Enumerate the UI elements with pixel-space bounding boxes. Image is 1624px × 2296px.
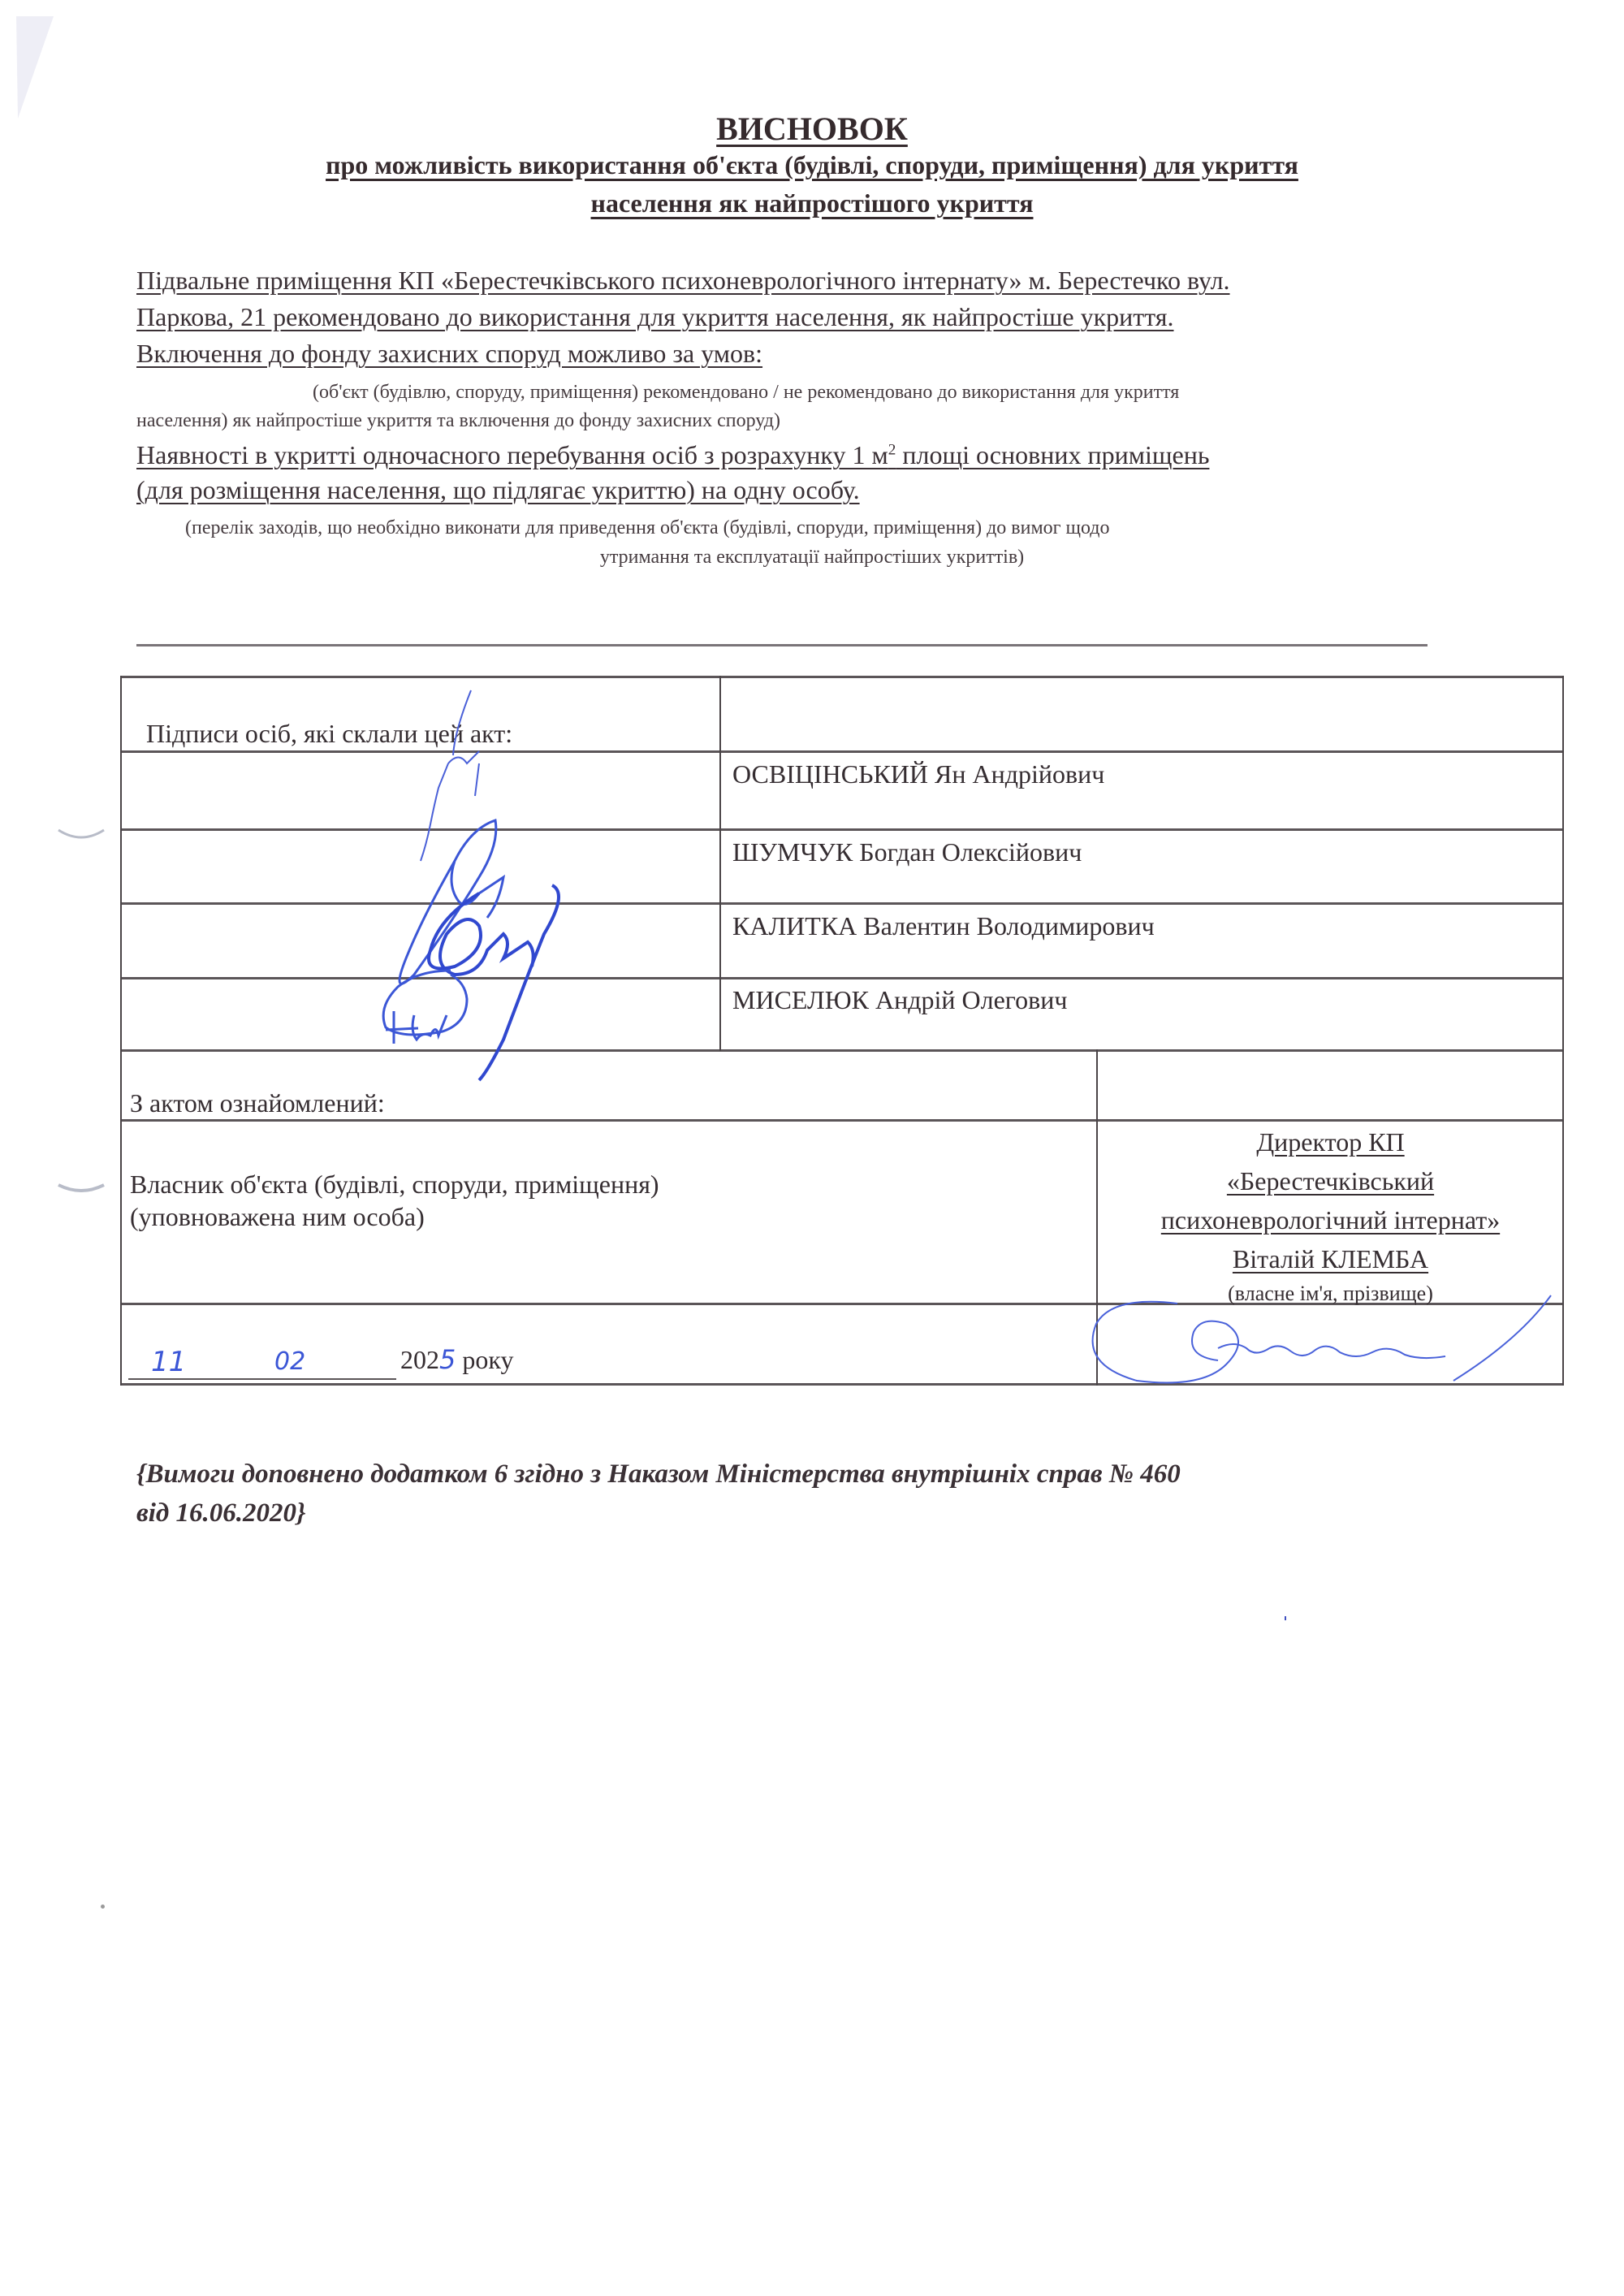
table-border-left (120, 676, 122, 1386)
date-year-prefix: 202 (400, 1345, 439, 1374)
owner-label-line2: (уповноважена ним особа) (130, 1202, 425, 1232)
measures-hint-line2: утримання та експлуатації найпростіших у… (0, 547, 1624, 569)
owner-name: Віталій КЛЕМБА (1233, 1244, 1428, 1273)
measures-line1-sup: 2 (888, 441, 896, 458)
owner-label-line1: Власник об'єкта (будівлі, споруди, примі… (130, 1170, 659, 1200)
scan-speck (101, 1905, 105, 1909)
table-row-line (120, 1119, 1564, 1122)
measures-line1-suffix: площі основних приміщень (896, 440, 1209, 469)
document-subtitle-line2: населення як найпростішого укриття (0, 188, 1624, 218)
signer-name: КАЛИТКА Валентин Володимирович (732, 911, 1155, 941)
conclusion-hint-line1: (об'єкт (будівлю, споруду, приміщення) р… (313, 382, 1179, 404)
signature-klemba (1064, 1291, 1583, 1397)
punch-hole-mark-bottom (57, 1182, 106, 1198)
table-row-line (120, 1049, 1564, 1052)
signer-name: МИСЕЛЮК Андрій Олегович (732, 985, 1067, 1015)
date-field: 11 02 2025 року (128, 1344, 551, 1380)
punch-hole-mark-top (57, 827, 106, 843)
signer-name: ШУМЧУК Богдан Олексійович (732, 837, 1082, 867)
separator-line (136, 644, 1427, 646)
measures-line1-prefix: Наявності в укритті одночасного перебува… (136, 440, 888, 469)
table-row-line (120, 902, 1564, 905)
owner-position-line1: Директор КП (1256, 1127, 1404, 1157)
document-subtitle-line1: про можливість використання об'єкта (буд… (0, 150, 1624, 180)
conclusion-line3: Включення до фонду захисних споруд можли… (136, 339, 762, 369)
table-row-line (120, 828, 1564, 831)
measures-line1: Наявності в укритті одночасного перебува… (136, 440, 1209, 470)
owner-position-line2: «Берестечківський (1227, 1166, 1434, 1196)
date-day: 11 (151, 1346, 186, 1378)
owner-position-line3: психоневрологічний інтернат» (1161, 1205, 1500, 1234)
conclusion-line2: Паркова, 21 рекомендовано до використанн… (136, 302, 1174, 332)
date-suffix: року (456, 1345, 513, 1374)
owner-details: Директор КП «Берестечківський психоневро… (1098, 1122, 1563, 1309)
measures-line2: (для розміщення населення, що підлягає у… (136, 475, 860, 505)
signature-myseliuk (369, 966, 532, 1064)
footer-note-line1: {Вимоги доповнено додатком 6 згідно з На… (136, 1459, 1181, 1490)
document-title: ВИСНОВОК (0, 110, 1624, 148)
conclusion-line1: Підвальне приміщення КП «Берестечківсько… (136, 266, 1230, 296)
table-column-divider-upper (719, 676, 721, 1051)
measures-hint-line1: (перелік заходів, що необхідно виконати … (185, 517, 1110, 539)
table-border-top (120, 676, 1564, 678)
table-row-line (120, 977, 1564, 979)
acquainted-label: З актом ознайомлений: (130, 1088, 385, 1118)
scan-speck (1285, 1616, 1286, 1620)
date-month: 02 (274, 1347, 305, 1376)
table-row-line (120, 750, 1564, 753)
scan-corner-artifact (15, 15, 63, 120)
conclusion-hint-line2: населення) як найпростіше укриття та вкл… (136, 410, 780, 432)
signer-name: ОСВІЦІНСЬКИЙ Ян Андрійович (732, 759, 1104, 789)
date-year: 2025 року (400, 1344, 513, 1375)
date-blank-underline (128, 1378, 396, 1380)
footer-note-line2: від 16.06.2020} (136, 1498, 306, 1529)
date-year-handwritten: 5 (439, 1344, 456, 1375)
